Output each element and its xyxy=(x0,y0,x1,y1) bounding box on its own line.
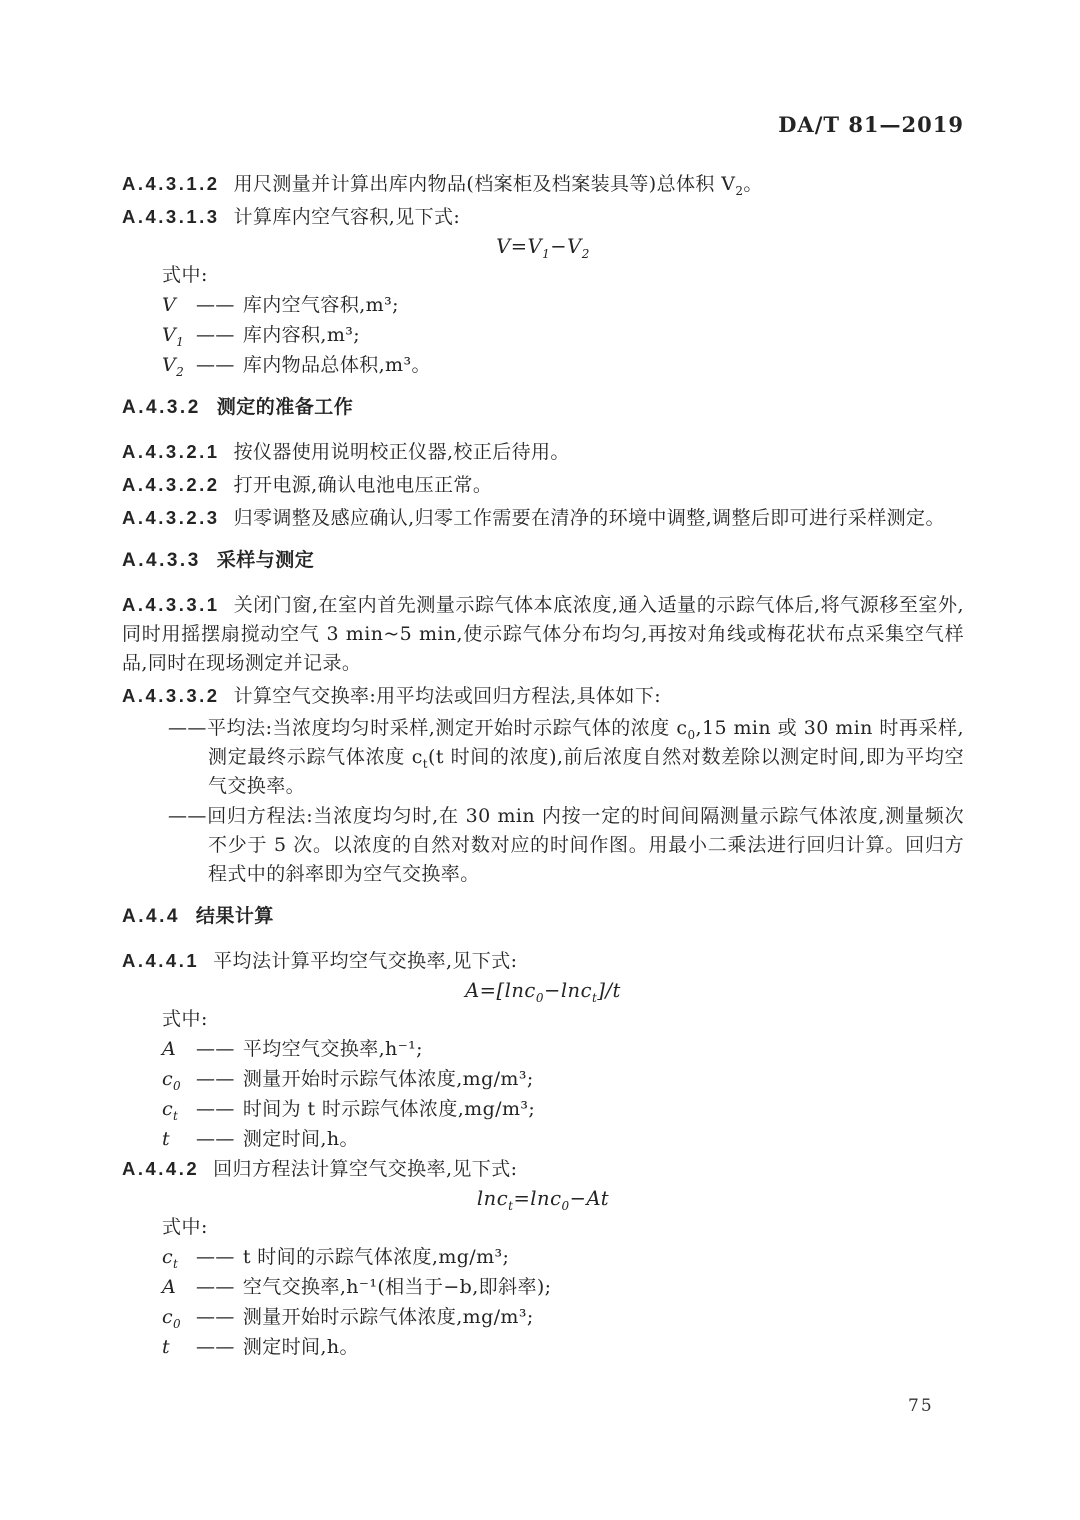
bullet-dash: —— xyxy=(168,717,207,739)
definition-text: 库内空气容积,m³; xyxy=(243,290,964,320)
bullet-item-average-method: ——平均法:当浓度均匀时采样,测定开始时示踪气体的浓度 c0,15 min 或 … xyxy=(168,714,964,801)
definition-text: 测定时间,h。 xyxy=(243,1124,964,1154)
clause-number: A.4.4.1 xyxy=(122,950,199,971)
definition-dash: —— xyxy=(196,1242,235,1272)
clause-a4321: A.4.3.2.1按仪器使用说明校正仪器,校正后待用。 xyxy=(122,437,964,467)
definition-symbol: t xyxy=(162,1332,196,1362)
definition-row: ct——时间为 t 时示踪气体浓度,mg/m³; xyxy=(122,1094,964,1124)
clause-text: 打开电源,确认电池电压正常。 xyxy=(234,474,493,496)
clause-text: 计算空气交换率:用平均法或回归方程法,具体如下: xyxy=(234,685,661,707)
clause-text: 计算库内空气容积,见下式: xyxy=(234,206,461,228)
definition-text: 测量开始时示踪气体浓度,mg/m³; xyxy=(243,1302,964,1332)
section-heading-a44: A.4.4结果计算 xyxy=(122,902,964,931)
section-heading-a432: A.4.3.2测定的准备工作 xyxy=(122,393,964,422)
section-title: 测定的准备工作 xyxy=(217,397,354,418)
where-label: 式中: xyxy=(122,1212,964,1242)
clause-number: A.4.3.3.2 xyxy=(122,685,220,706)
clause-number: A.4.3.2.1 xyxy=(122,441,220,462)
definition-dash: —— xyxy=(196,320,235,350)
section-number: A.4.3.2 xyxy=(122,397,201,418)
formula-average-exchange-rate: A=[lnc0−lnct]/t xyxy=(122,979,964,1002)
page-content: DA/T 81—2019 A.4.3.1.2用尺测量并计算出库内物品(档案柜及档… xyxy=(122,112,964,1362)
definition-dash: —— xyxy=(196,290,235,320)
definition-text: 测量开始时示踪气体浓度,mg/m³; xyxy=(243,1064,964,1094)
definition-dash: —— xyxy=(196,1332,235,1362)
bullet-text: 回归方程法:当浓度均匀时,在 30 min 内按一定的时间间隔测量示踪气体浓度,… xyxy=(207,805,964,885)
bullet-text: 平均法:当浓度均匀时采样,测定开始时示踪气体的浓度 c0,15 min 或 30… xyxy=(207,717,964,797)
definition-text: 库内物品总体积,m³。 xyxy=(243,350,964,380)
definition-symbol: V2 xyxy=(162,350,196,380)
clause-number: A.4.3.2.3 xyxy=(122,507,220,528)
clause-text: 回归方程法计算空气交换率,见下式: xyxy=(213,1158,517,1180)
definition-symbol: ct xyxy=(162,1094,196,1124)
definition-symbol: A xyxy=(162,1034,196,1064)
definition-row: V2——库内物品总体积,m³。 xyxy=(122,350,964,380)
definition-dash: —— xyxy=(196,1064,235,1094)
section-heading-a433: A.4.3.3采样与测定 xyxy=(122,546,964,575)
clause-text: 关闭门窗,在室内首先测量示踪气体本底浓度,通入适量的示踪气体后,将气源移至室外,… xyxy=(122,594,964,674)
clause-number: A.4.3.2.2 xyxy=(122,474,220,495)
formula-regression: lnct=lnc0−At xyxy=(122,1187,964,1210)
clause-number: A.4.4.2 xyxy=(122,1158,199,1179)
clause-a441: A.4.4.1平均法计算平均空气交换率,见下式: xyxy=(122,946,964,976)
clause-number: A.4.3.3.1 xyxy=(122,594,220,615)
definition-row: A——空气交换率,h⁻¹(相当于−b,即斜率); xyxy=(122,1272,964,1302)
definition-text: 库内容积,m³; xyxy=(243,320,964,350)
clause-number: A.4.3.1.3 xyxy=(122,206,220,227)
clause-text: 用尺测量并计算出库内物品(档案柜及档案装具等)总体积 V2。 xyxy=(234,173,763,195)
section-number: A.4.3.3 xyxy=(122,550,201,571)
definition-symbol: ct xyxy=(162,1242,196,1272)
doc-code-header: DA/T 81—2019 xyxy=(122,112,964,137)
section-number: A.4.4 xyxy=(122,906,180,927)
definition-symbol: c0 xyxy=(162,1302,196,1332)
definition-dash: —— xyxy=(196,1094,235,1124)
formula-volume: V=V1−V2 xyxy=(122,235,964,258)
clause-a4332: A.4.3.3.2计算空气交换率:用平均法或回归方程法,具体如下: xyxy=(122,681,964,711)
bullet-dash: —— xyxy=(168,805,207,827)
definition-dash: —— xyxy=(196,1302,235,1332)
clause-a43113: A.4.3.1.3计算库内空气容积,见下式: xyxy=(122,202,964,232)
definition-symbol: t xyxy=(162,1124,196,1154)
definition-symbol: A xyxy=(162,1272,196,1302)
definition-row: c0——测量开始时示踪气体浓度,mg/m³; xyxy=(122,1064,964,1094)
definition-row: t——测定时间,h。 xyxy=(122,1124,964,1154)
definition-text: 测定时间,h。 xyxy=(243,1332,964,1362)
where-label: 式中: xyxy=(122,1004,964,1034)
clause-text: 平均法计算平均空气交换率,见下式: xyxy=(213,950,517,972)
page-number: 75 xyxy=(908,1396,934,1416)
where-label: 式中: xyxy=(122,260,964,290)
section-title: 结果计算 xyxy=(196,906,274,927)
definition-dash: —— xyxy=(196,1272,235,1302)
definition-text: 时间为 t 时示踪气体浓度,mg/m³; xyxy=(243,1094,964,1124)
clause-a4331: A.4.3.3.1关闭门窗,在室内首先测量示踪气体本底浓度,通入适量的示踪气体后… xyxy=(122,590,964,678)
definition-symbol: c0 xyxy=(162,1064,196,1094)
definition-row: ct——t 时间的示踪气体浓度,mg/m³; xyxy=(122,1242,964,1272)
clause-a43112: A.4.3.1.2用尺测量并计算出库内物品(档案柜及档案装具等)总体积 V2。 xyxy=(122,169,964,199)
definition-row: t——测定时间,h。 xyxy=(122,1332,964,1362)
document-page: DA/T 81—2019 A.4.3.1.2用尺测量并计算出库内物品(档案柜及档… xyxy=(0,0,1080,1520)
definition-dash: —— xyxy=(196,350,235,380)
definition-text: 平均空气交换率,h⁻¹; xyxy=(243,1034,964,1064)
clause-a442: A.4.4.2回归方程法计算空气交换率,见下式: xyxy=(122,1154,964,1184)
definition-row: V——库内空气容积,m³; xyxy=(122,290,964,320)
clause-number: A.4.3.1.2 xyxy=(122,173,220,194)
clause-text: 归零调整及感应确认,归零工作需要在清净的环境中调整,调整后即可进行采样测定。 xyxy=(234,507,945,529)
definition-row: V1——库内容积,m³; xyxy=(122,320,964,350)
definition-dash: —— xyxy=(196,1124,235,1154)
definition-row: A——平均空气交换率,h⁻¹; xyxy=(122,1034,964,1064)
definition-symbol: V1 xyxy=(162,320,196,350)
definition-symbol: V xyxy=(162,290,196,320)
definition-text: t 时间的示踪气体浓度,mg/m³; xyxy=(243,1242,964,1272)
definition-row: c0——测量开始时示踪气体浓度,mg/m³; xyxy=(122,1302,964,1332)
clause-text: 按仪器使用说明校正仪器,校正后待用。 xyxy=(234,441,570,463)
definition-dash: —— xyxy=(196,1034,235,1064)
clause-a4322: A.4.3.2.2打开电源,确认电池电压正常。 xyxy=(122,470,964,500)
section-title: 采样与测定 xyxy=(217,550,315,571)
definition-text: 空气交换率,h⁻¹(相当于−b,即斜率); xyxy=(243,1272,964,1302)
clause-a4323: A.4.3.2.3归零调整及感应确认,归零工作需要在清净的环境中调整,调整后即可… xyxy=(122,503,964,533)
bullet-item-regression-method: ——回归方程法:当浓度均匀时,在 30 min 内按一定的时间间隔测量示踪气体浓… xyxy=(168,802,964,889)
